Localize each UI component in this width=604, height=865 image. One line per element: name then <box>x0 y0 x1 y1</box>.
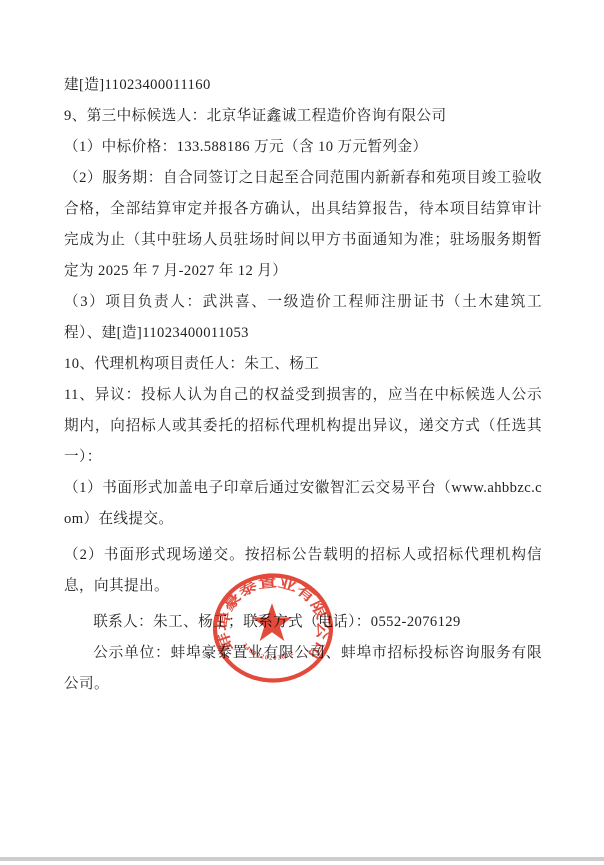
paragraph-project-leader: （3）项目负责人：武洪喜、一级造价工程师注册证书（土木建筑工程）、建[造]110… <box>64 287 542 349</box>
paragraph-item9-candidate: 9、第三中标候选人：北京华证鑫诚工程造价咨询有限公司 <box>64 101 542 132</box>
paragraph-license-number-1: 建[造]11023400011160 <box>64 70 542 101</box>
paragraph-contact-info: 联系人：朱工、杨工；联系方式（电话）：0552-2076129 <box>64 607 542 638</box>
paragraph-objection-method-1: （1）书面形式加盖电子印章后通过安徽智汇云交易平台（www.ahbbzc.com… <box>64 473 542 535</box>
paragraph-item11-objection: 11、异议：投标人认为自己的权益受到损害的，应当在中标候选人公示期内，向招标人或… <box>64 380 542 473</box>
paragraph-item10-agency-leader: 10、代理机构项目责任人：朱工、杨工 <box>64 349 542 380</box>
paragraph-announcing-units: 公示单位：蚌埠豪泰置业有限公司、蚌埠市招标投标咨询服务有限公司。 <box>64 638 542 700</box>
paragraph-bid-price: （1）中标价格：133.588186 万元（含 10 万元暂列金） <box>64 132 542 163</box>
paragraph-service-period: （2）服务期：自合同签订之日起至合同范围内新新春和苑项目竣工验收合格，全部结算审… <box>64 163 542 287</box>
paragraph-objection-method-2: （2）书面形式现场递交。按招标公告载明的招标人或招标代理机构信息，向其提出。 <box>64 540 542 602</box>
page-bottom-edge <box>0 857 604 861</box>
document-text-body: 建[造]11023400011160 9、第三中标候选人：北京华证鑫诚工程造价咨… <box>64 70 542 700</box>
document-page: 建[造]11023400011160 9、第三中标候选人：北京华证鑫诚工程造价咨… <box>0 0 604 861</box>
